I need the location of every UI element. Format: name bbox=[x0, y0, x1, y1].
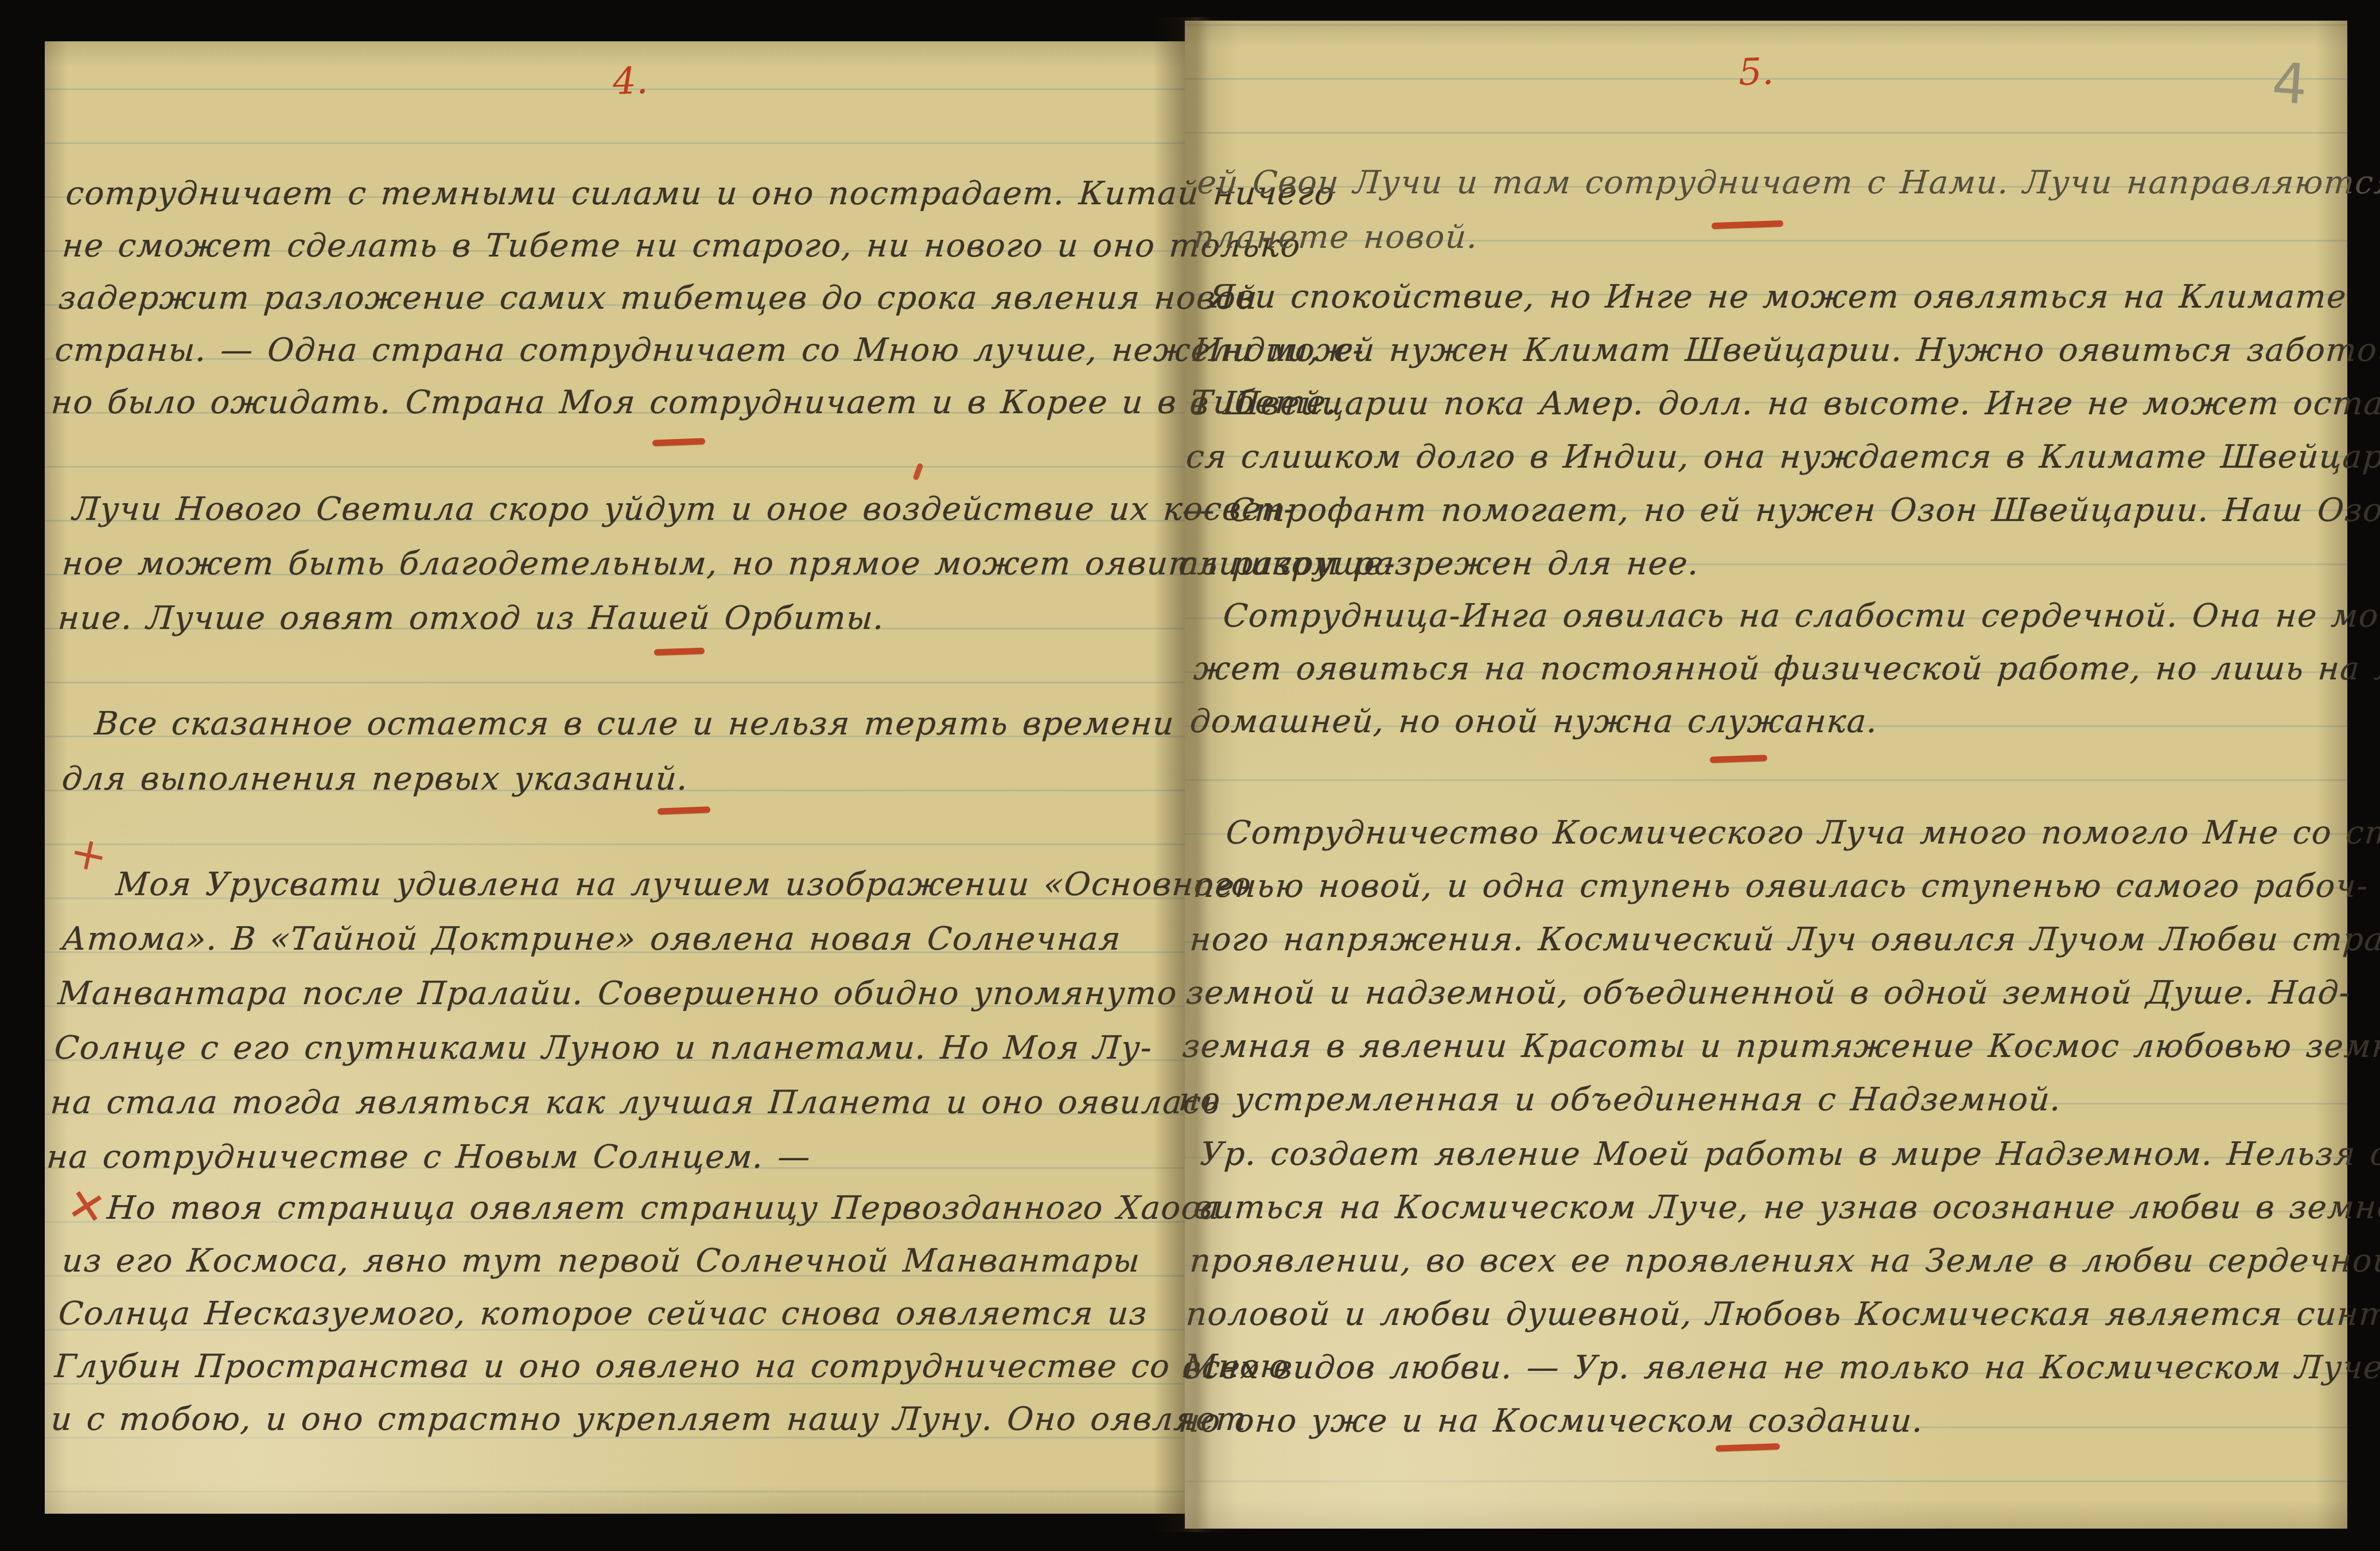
handwritten-line: пенью новой, и одна ступень оявилась сту… bbox=[1192, 860, 2380, 913]
handwritten-line: и с тобою, и оно страстно укрепляет нашу… bbox=[49, 1393, 1210, 1446]
handwritten-line: в Швейцарии пока Амер. долл. на высоте. … bbox=[1188, 377, 2380, 430]
left-page: 4. сотрудничает с темными силами и оно п… bbox=[45, 41, 1185, 1514]
handwritten-line: Сотрудничество Космического Луча много п… bbox=[1195, 806, 2380, 860]
manuscript-scan: { "document": { "description": "Scanned … bbox=[0, 0, 2380, 1551]
handwritten-line: Солнца Несказуемого, которое сейчас снов… bbox=[57, 1288, 1218, 1340]
handwritten-line: но устремленная и объединенная с Надземн… bbox=[1177, 1073, 2369, 1126]
handwritten-line: земная в явлении Красоты и притяжение Ко… bbox=[1180, 1020, 2373, 1073]
handwritten-line: ся слишком долго в Индии, она нуждается … bbox=[1184, 430, 2377, 484]
handwritten-line: не сможет сделать в Тибете ни старого, н… bbox=[60, 220, 1221, 272]
handwritten-line: Ур. создает явление Моей работы в мире Н… bbox=[1195, 1128, 2380, 1181]
handwritten-paragraph: Сотрудница-Инга оявилась на слабости сер… bbox=[1188, 590, 2380, 748]
handwritten-line: Яви спокойствие, но Инге не может оявлят… bbox=[1195, 270, 2380, 324]
section-divider-mark bbox=[1710, 755, 1767, 763]
section-divider-mark bbox=[658, 806, 710, 814]
handwritten-line: ние. Лучше оявят отход из Нашей Орбиты. bbox=[56, 591, 1218, 646]
handwritten-line: Манвантара после Пралайи. Совершенно оби… bbox=[56, 966, 1218, 1021]
handwritten-line: сотрудничает с темными силами и оно пост… bbox=[64, 168, 1225, 220]
handwritten-line: Солнце с его спутниками Луною и планетам… bbox=[52, 1021, 1214, 1075]
handwritten-line: — Строфант помогает, но ей нужен Озон Шв… bbox=[1180, 484, 2373, 537]
handwritten-line: Глубин Пространства и оно оявлено на сот… bbox=[53, 1340, 1214, 1393]
handwritten-line: Индии, ей нужен Климат Швейцарии. Нужно … bbox=[1192, 324, 2380, 377]
page-number-right: 5. bbox=[1738, 53, 1774, 91]
handwritten-line: задержит разложение самих тибетцев до ср… bbox=[57, 272, 1218, 324]
handwritten-line: половой и любви душевной, Любовь Космиче… bbox=[1184, 1288, 2377, 1341]
handwritten-paragraph: Моя Урусвати удивлена на лучшем изображе… bbox=[45, 857, 1225, 1184]
left-page-ink-layer: 4. сотрудничает с темными силами и оно п… bbox=[45, 41, 1185, 1514]
right-page-ink-layer: 5. 4 ей Свои Лучи и там сотрудничает с Н… bbox=[1185, 21, 2347, 1529]
handwritten-line: Все сказанное остается в силе и нельзя т… bbox=[64, 697, 1225, 752]
handwritten-line: слишком разрежен для нее. bbox=[1177, 537, 2369, 590]
handwritten-line: для выполнения первых указаний. bbox=[60, 752, 1222, 807]
handwritten-paragraph: сотрудничает с темными силами и оно пост… bbox=[49, 168, 1225, 429]
handwritten-line: планете новой. bbox=[1192, 210, 2380, 265]
handwritten-line: Но твоя страница оявляет страницу Первоз… bbox=[64, 1182, 1225, 1235]
corner-page-number-pencil: 4 bbox=[2270, 55, 2309, 112]
handwritten-line: ного напряжения. Космический Луч оявился… bbox=[1188, 913, 2380, 966]
page-number-left: 4. bbox=[612, 63, 648, 100]
handwritten-line: страны. — Одна страна сотрудничает со Мн… bbox=[53, 324, 1214, 376]
handwritten-line: но оно уже и на Космическом создании. bbox=[1177, 1394, 2369, 1448]
handwritten-line: земной и надземной, объединенной в одной… bbox=[1184, 966, 2377, 1020]
handwritten-line: ей Свои Лучи и там сотрудничает с Нами. … bbox=[1195, 156, 2380, 210]
handwritten-line: жет оявиться на постоянной физической ра… bbox=[1192, 643, 2380, 695]
handwritten-paragraph: Но твоя страница оявляет страницу Первоз… bbox=[49, 1182, 1225, 1446]
section-divider-mark bbox=[652, 438, 705, 446]
handwritten-line: Сотрудница-Инга оявилась на слабости сер… bbox=[1196, 590, 2380, 643]
handwritten-line: на стала тогда являться как лучшая Плане… bbox=[49, 1075, 1210, 1130]
handwritten-paragraph: Сотрудничество Космического Луча много п… bbox=[1177, 806, 2380, 1126]
handwritten-line: Лучи Нового Светила скоро уйдут и оное в… bbox=[64, 482, 1225, 537]
handwritten-line: всех видов любви. — Ур. явлена не только… bbox=[1180, 1341, 2373, 1394]
handwritten-line: ное может быть благодетельным, но прямое… bbox=[60, 537, 1222, 591]
section-divider-mark bbox=[654, 647, 705, 655]
handwritten-line: виться на Космическом Луче, не узнав осо… bbox=[1192, 1181, 2380, 1234]
handwritten-line: домашней, но оной нужна служанка. bbox=[1188, 695, 2380, 748]
handwritten-line: на сотрудничестве с Новым Солнцем. — bbox=[45, 1130, 1206, 1184]
handwritten-line: но было ожидать. Страна Моя сотрудничает… bbox=[49, 376, 1210, 429]
handwritten-paragraph: Яви спокойствие, но Инге не может оявлят… bbox=[1177, 270, 2380, 590]
handwritten-paragraph: Лучи Нового Светила скоро уйдут и оное в… bbox=[56, 482, 1225, 646]
red-accent-mark bbox=[912, 462, 924, 481]
handwritten-line: из его Космоса, явно тут первой Солнечно… bbox=[60, 1235, 1221, 1288]
handwritten-paragraph: ей Свои Лучи и там сотрудничает с Нами. … bbox=[1192, 156, 2380, 265]
handwritten-line: Моя Урусвати удивлена на лучшем изображе… bbox=[64, 857, 1225, 912]
handwritten-paragraph: Ур. создает явление Моей работы в мире Н… bbox=[1177, 1128, 2380, 1448]
handwritten-paragraph: Все сказанное остается в силе и нельзя т… bbox=[60, 697, 1225, 807]
handwritten-line: Атома». В «Тайной Доктрине» оявлена нова… bbox=[60, 912, 1222, 966]
right-page: 5. 4 ей Свои Лучи и там сотрудничает с Н… bbox=[1185, 21, 2347, 1529]
handwritten-line: проявлении, во всех ее проявлениях на Зе… bbox=[1188, 1234, 2380, 1288]
